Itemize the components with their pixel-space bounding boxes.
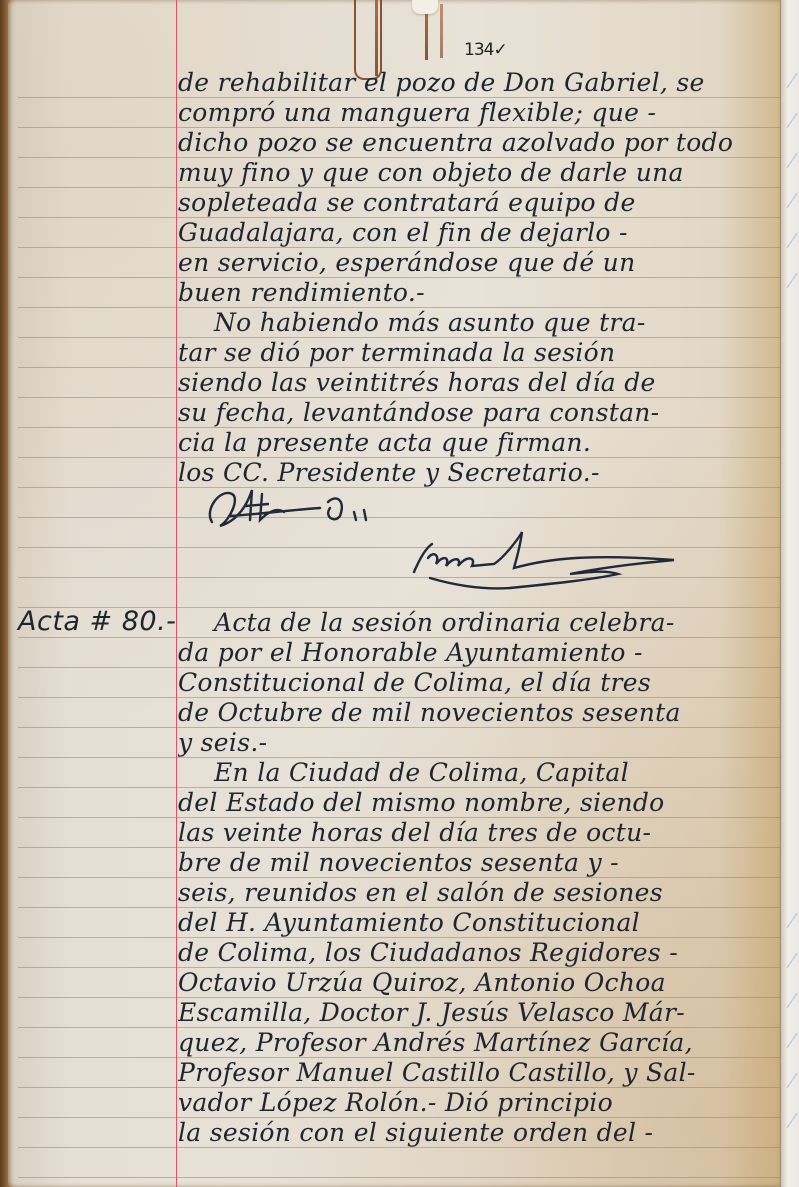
text-line: en servicio, esperándose que dé un: [178, 248, 773, 278]
text-line: las veinte horas del día tres de octu-: [178, 818, 773, 848]
text-line: En la Ciudad de Colima, Capital: [178, 758, 799, 788]
text-line: y seis.-: [178, 728, 773, 758]
text-line: de Colima, los Ciudadanos Regidores -: [178, 938, 773, 968]
text-line: bre de mil novecientos sesenta y -: [178, 848, 773, 878]
text-line: dicho pozo se encuentra azolvado por tod…: [178, 128, 773, 158]
text-line: tar se dió por terminada la sesión: [178, 338, 773, 368]
text-line: Guadalajara, con el fin de dejarlo -: [178, 218, 773, 248]
text-line: Constitucional de Colima, el día tres: [178, 668, 773, 698]
text-line: del H. Ayuntamiento Constitucional: [178, 908, 773, 938]
text-line: siendo las veintitrés horas del día de: [178, 368, 773, 398]
text-line: buen rendimiento.-: [178, 278, 773, 308]
text-line: de Octubre de mil novecientos sesenta: [178, 698, 773, 728]
red-margin-rule: [176, 0, 177, 1187]
text-line: sopleteada se contratará equipo de: [178, 188, 773, 218]
text-line: da por el Honorable Ayuntamiento -: [178, 638, 773, 668]
ruled-line: [18, 1177, 780, 1178]
text-line: cia la presente acta que firman.: [178, 428, 773, 458]
text-line: Octavio Urzúa Quiroz, Antonio Ochoa: [178, 968, 773, 998]
text-line: muy fino y que con objeto de darle una: [178, 158, 773, 188]
signature-presidente: [200, 480, 400, 540]
signature-secretario: [410, 528, 690, 608]
text-line: No habiendo más asunto que tra-: [178, 308, 799, 338]
adjacent-page-edge: [780, 0, 799, 1187]
text-line: vador López Rolón.- Dió principio: [178, 1088, 773, 1118]
text-line: seis, reunidos en el salón de sesiones: [178, 878, 773, 908]
text-line: quez, Profesor Andrés Martínez García,: [178, 1028, 773, 1058]
text-line: la sesión con el siguiente orden del -: [178, 1118, 773, 1148]
rust-stain-line: [440, 4, 443, 58]
page-number: 134✓: [464, 40, 507, 60]
text-line: su fecha, levantándose para constan-: [178, 398, 773, 428]
text-line: Escamilla, Doctor J. Jesús Velasco Már-: [178, 998, 773, 1028]
text-line: Profesor Manuel Castillo Castillo, y Sal…: [178, 1058, 773, 1088]
acta-number-label: Acta # 80.-: [18, 606, 176, 637]
text-line: del Estado del mismo nombre, siendo: [178, 788, 773, 818]
torn-paper-fragment: [412, 0, 438, 14]
rust-stain-line: [375, 0, 378, 76]
text-line: Acta de la sesión ordinaria celebra-: [178, 608, 799, 638]
text-line: compró una manguera flexible; que -: [178, 98, 773, 128]
text-line: de rehabilitar el pozo de Don Gabriel, s…: [178, 68, 773, 98]
